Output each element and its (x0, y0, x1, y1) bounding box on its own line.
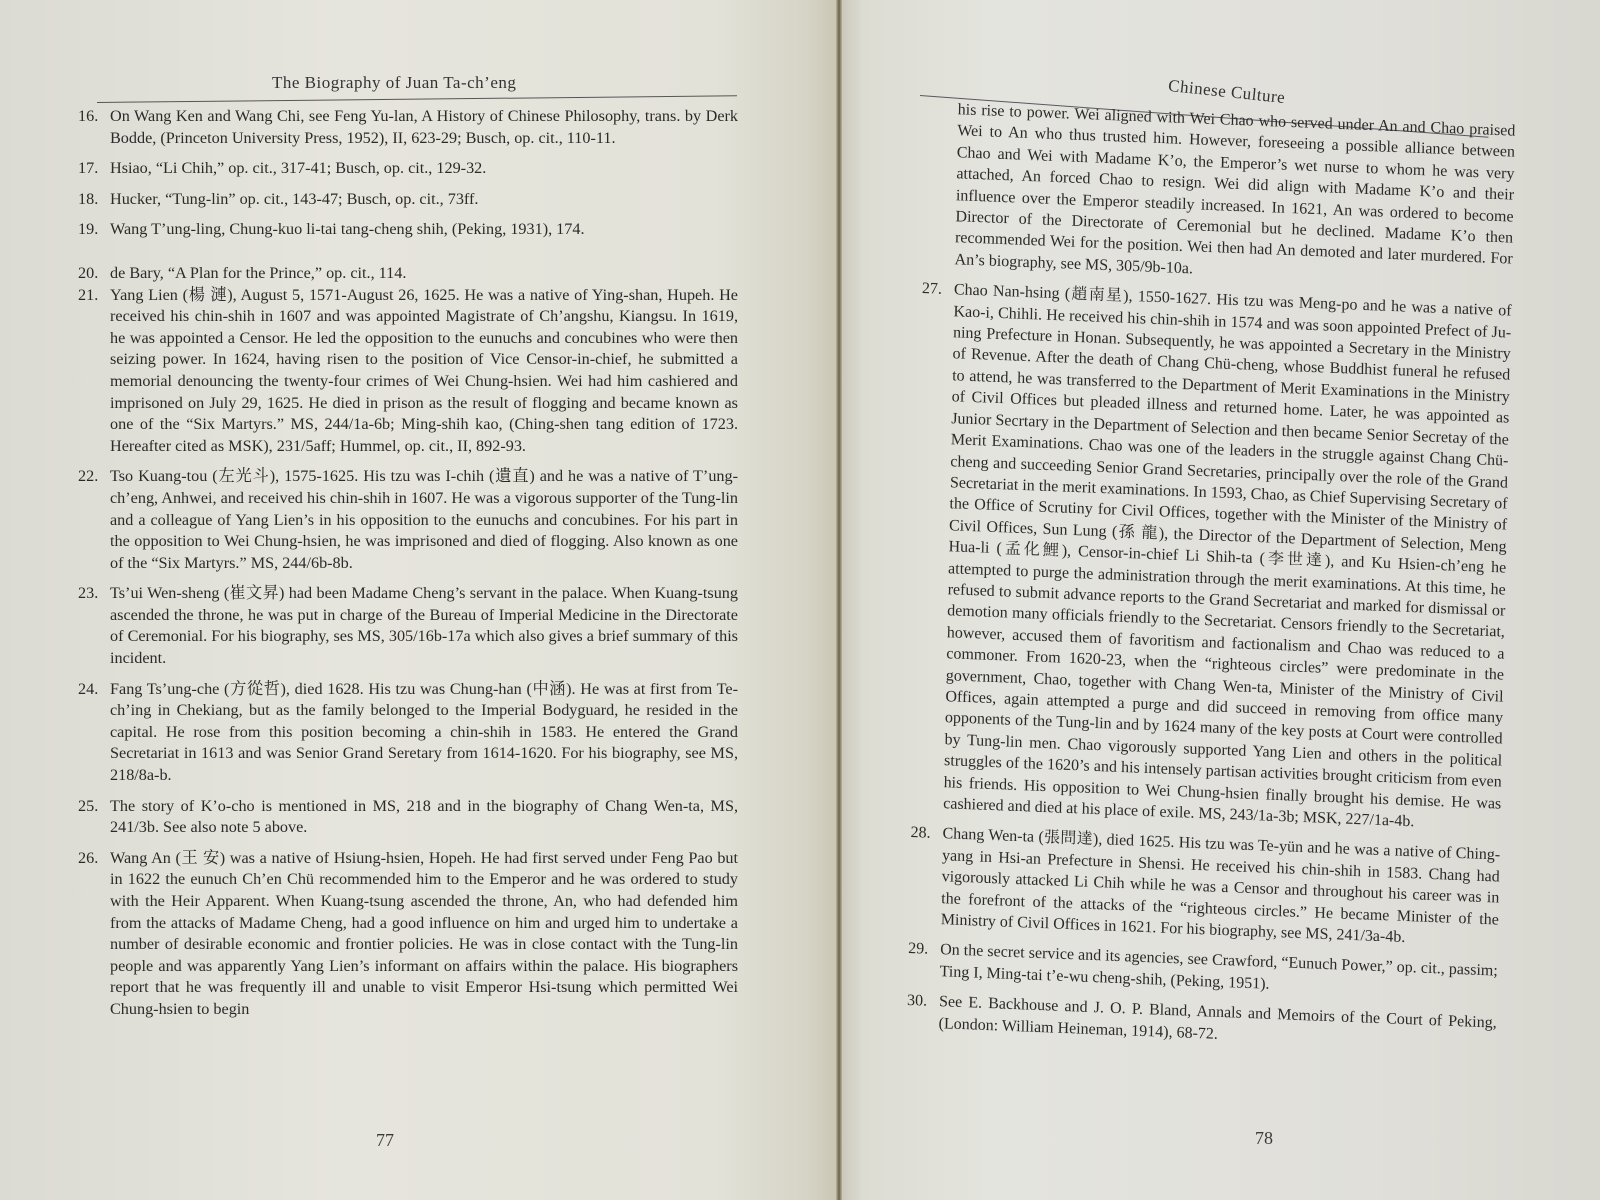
right-footnotes: his rise to power. Wei aligned with Wei … (906, 98, 1515, 1065)
footnote-number: 17. (78, 158, 110, 180)
footnote-text: Tso Kuang-tou (左光斗), 1575-1625. His tzu … (110, 466, 738, 574)
footnote-text: Fang Ts’ung-che (方從哲), died 1628. His tz… (110, 679, 738, 787)
footnote-text: Yang Lien (楊 漣), August 5, 1571-August 2… (110, 285, 738, 458)
footnote-26: 26. Wang An (王 安) was a native of Hsiung… (78, 848, 738, 1021)
footnote-number: 21. (78, 285, 110, 458)
footnote-17: 17. Hsiao, “Li Chih,” op. cit., 317-41; … (78, 158, 738, 180)
footnote-number: 19. (78, 219, 110, 241)
left-footnotes: 16. On Wang Ken and Wang Chi, see Feng Y… (78, 106, 738, 1030)
footnote-24: 24. Fang Ts’ung-che (方從哲), died 1628. Hi… (78, 679, 738, 787)
footnote-21: 21. Yang Lien (楊 漣), August 5, 1571-Augu… (78, 285, 738, 458)
footnote-text: On Wang Ken and Wang Chi, see Feng Yu-la… (110, 106, 738, 149)
footnote-text: Hsiao, “Li Chih,” op. cit., 317-41; Busc… (110, 158, 738, 180)
footnote-number: 29. (907, 938, 940, 982)
footnote-number: 22. (78, 466, 110, 574)
footnote-number: 25. (78, 796, 110, 839)
footnote-text: Ts’ui Wen-sheng (崔文昇) had been Madame Ch… (110, 583, 738, 669)
footnote-text: his rise to power. Wei aligned with Wei … (954, 99, 1515, 292)
footnote-26-continued: his rise to power. Wei aligned with Wei … (922, 98, 1515, 292)
footnote-number: 16. (78, 106, 110, 149)
footnote-number: 23. (78, 583, 110, 669)
footnote-number: 20. (78, 263, 110, 285)
footnote-text: See E. Backhouse and J. O. P. Bland, Ann… (938, 991, 1496, 1055)
footnote-number: 26. (78, 848, 110, 1021)
book-gutter (836, 0, 842, 1200)
footnote-28: 28. Chang Wen-ta (張問達), died 1625. His t… (909, 822, 1501, 952)
footnote-23: 23. Ts’ui Wen-sheng (崔文昇) had been Madam… (78, 583, 738, 669)
footnote-text: de Bary, “A Plan for the Prince,” op. ci… (110, 263, 738, 285)
footnote-text: Wang T’ung-ling, Chung-kuo li-tai tang-c… (110, 219, 738, 241)
footnote-18: 18. Hucker, “Tung-lin” op. cit., 143-47;… (78, 189, 738, 211)
footnote-text: Wang An (王 安) was a native of Hsiung-hsi… (110, 848, 738, 1021)
footnote-text: The story of K’o-cho is mentioned in MS,… (110, 796, 738, 839)
open-book-spread: The Biography of Juan Ta-ch’eng 16. On W… (0, 0, 1600, 1200)
footnote-22: 22. Tso Kuang-tou (左光斗), 1575-1625. His … (78, 466, 738, 574)
footnote-number: 18. (78, 189, 110, 211)
footnote-number: 28. (909, 822, 943, 930)
footnote-text: Hucker, “Tung-lin” op. cit., 143-47; Bus… (110, 189, 738, 211)
right-page-number: 78 (1255, 1128, 1273, 1149)
footnote-25: 25. The story of K’o-cho is mentioned in… (78, 796, 738, 839)
footnote-20: 20. de Bary, “A Plan for the Prince,” op… (78, 263, 738, 285)
footnote-16: 16. On Wang Ken and Wang Chi, see Feng Y… (78, 106, 738, 149)
left-page-number: 77 (376, 1130, 394, 1151)
footnote-19: 19. Wang T’ung-ling, Chung-kuo li-tai ta… (78, 219, 738, 241)
footnote-number: 30. (906, 990, 939, 1034)
footnote-text: Chao Nan-hsing (趙南星), 1550-1627. His tzu… (943, 279, 1512, 836)
footnote-27: 27. Chao Nan-hsing (趙南星), 1550-1627. His… (911, 278, 1512, 836)
footnote-text: Chang Wen-ta (張問達), died 1625. His tzu w… (941, 824, 1501, 952)
footnote-number: 24. (78, 679, 110, 787)
left-running-head: The Biography of Juan Ta-ch’eng (272, 73, 516, 93)
